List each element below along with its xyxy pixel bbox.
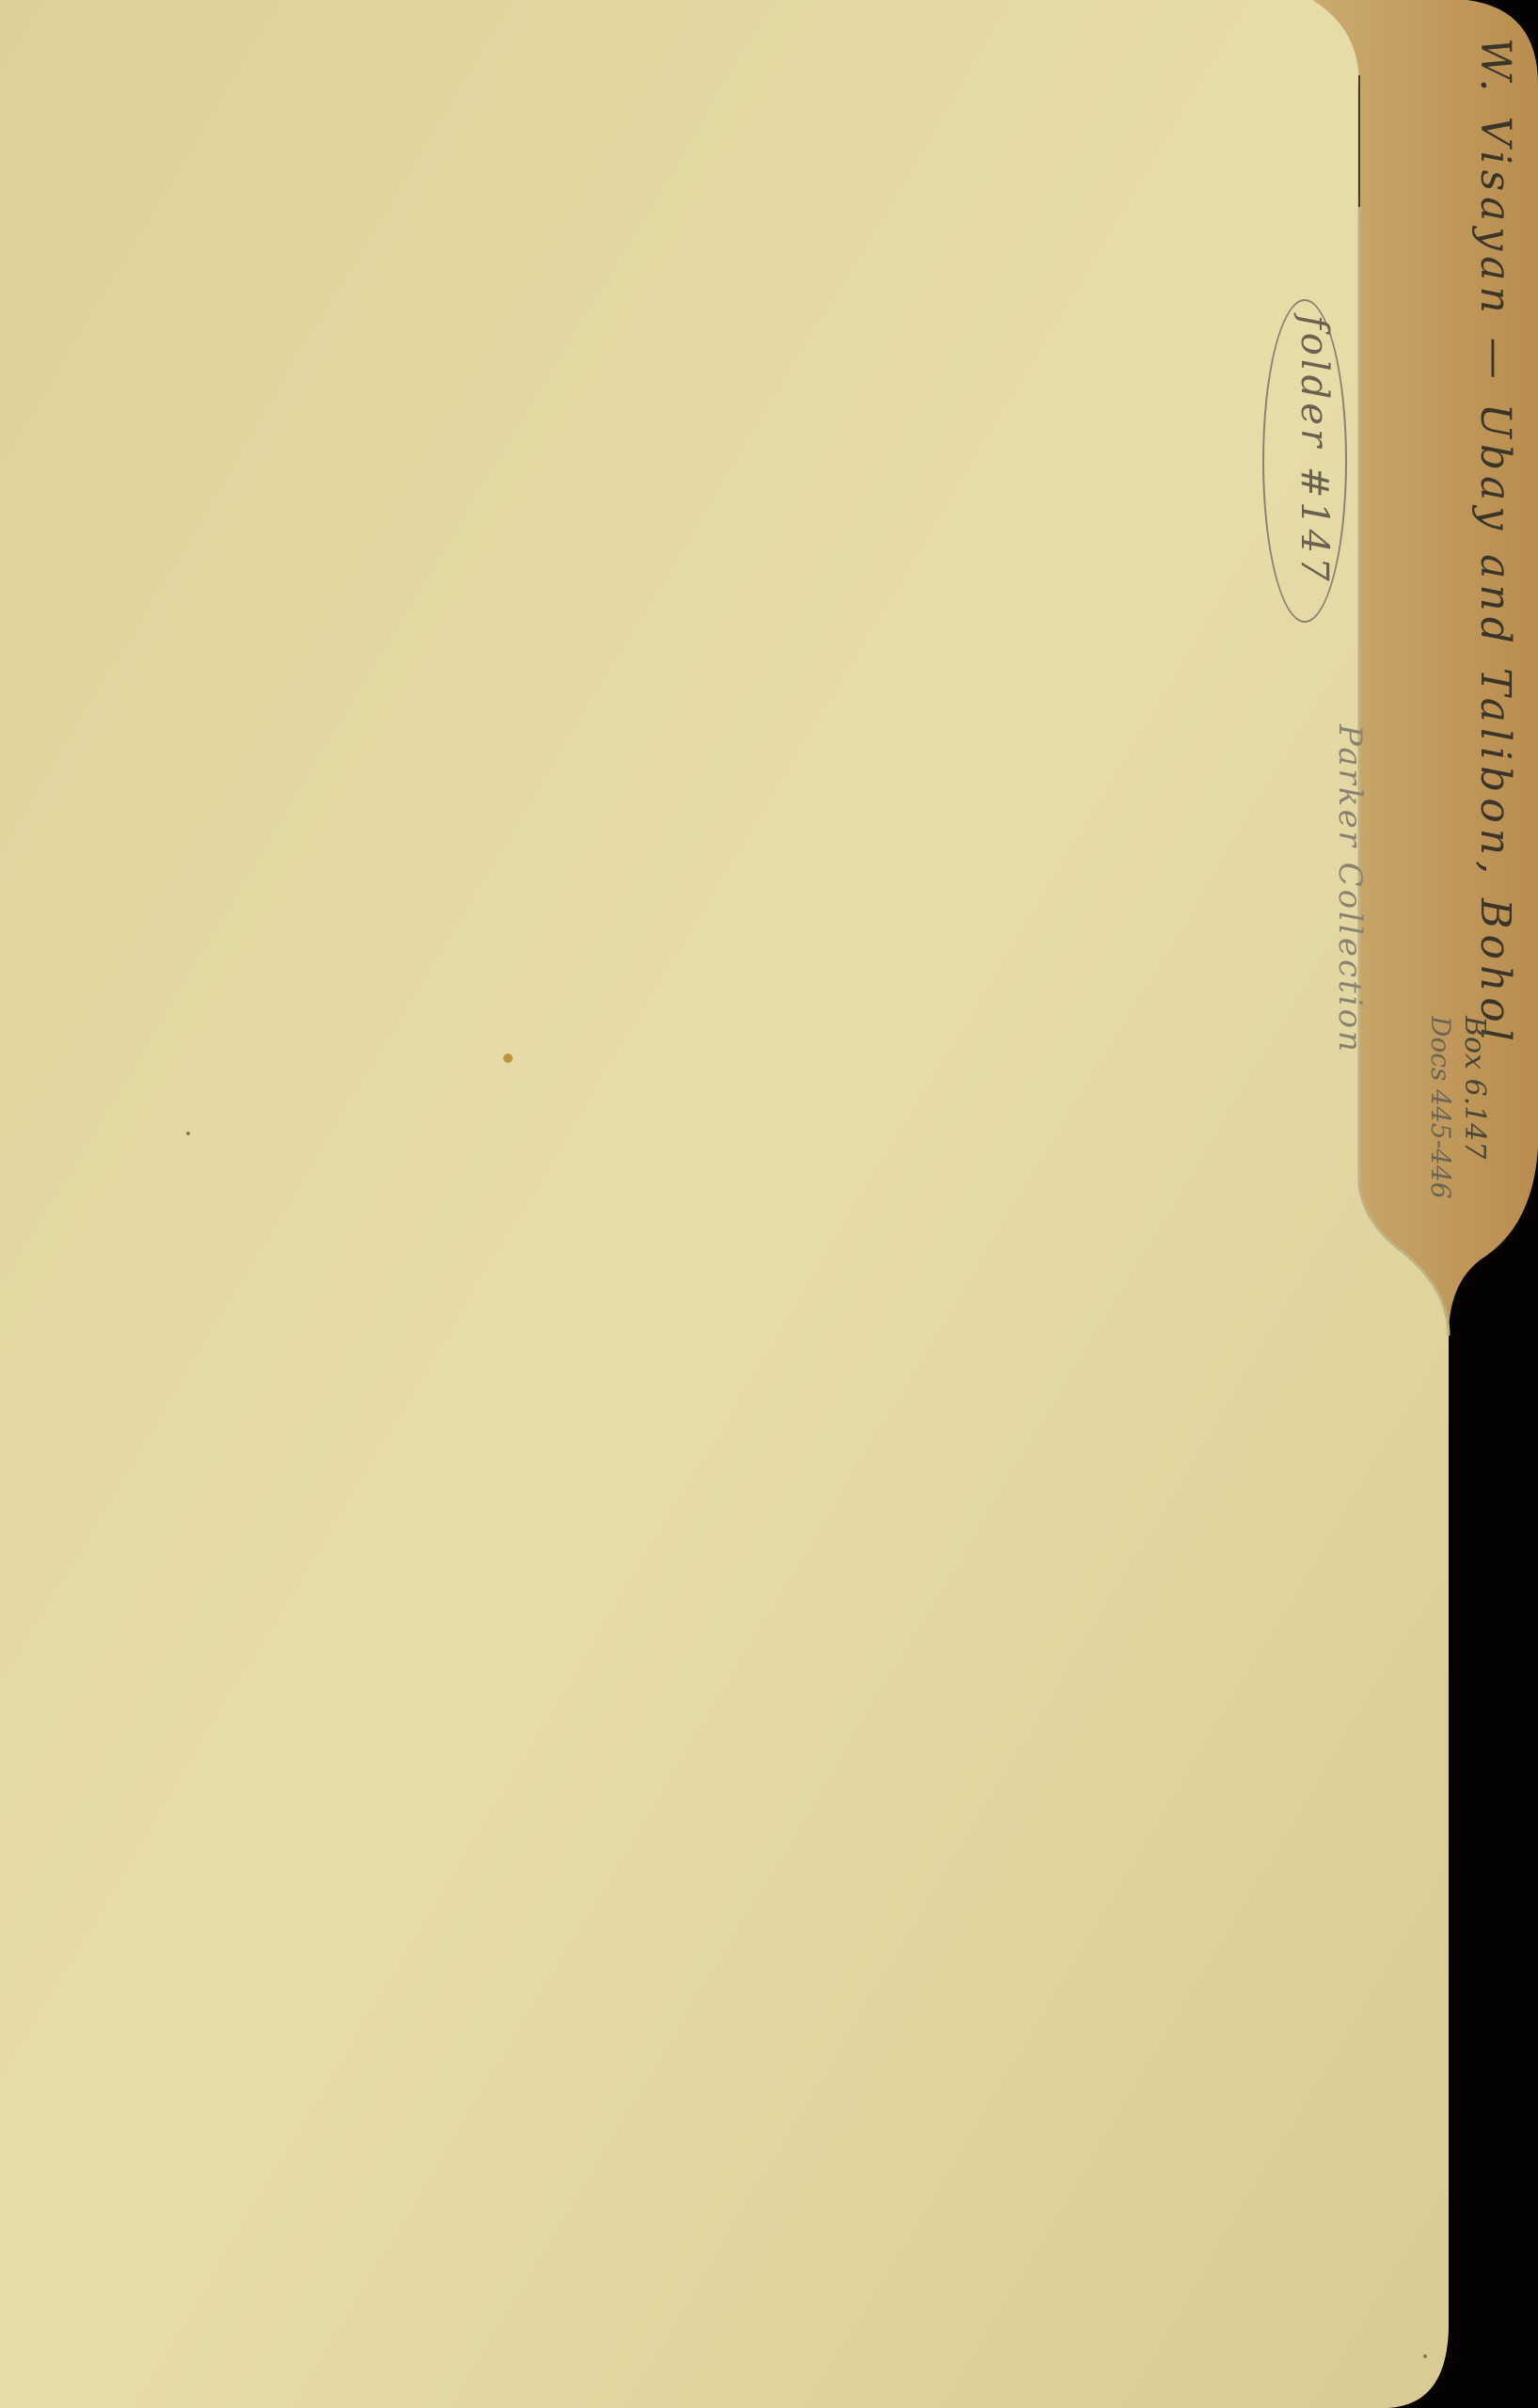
document-range: Docs 445-446 <box>1425 1016 1456 1199</box>
folder-number: folder #147 <box>1292 315 1336 585</box>
collection-name: Parker Collection <box>1331 724 1369 1054</box>
box-number: Box 6.147 <box>1458 1016 1491 1159</box>
tab-title: W. Visayan — Ubay and Talibon, Bohol <box>1471 38 1519 1047</box>
front-folder <box>0 0 1449 2408</box>
